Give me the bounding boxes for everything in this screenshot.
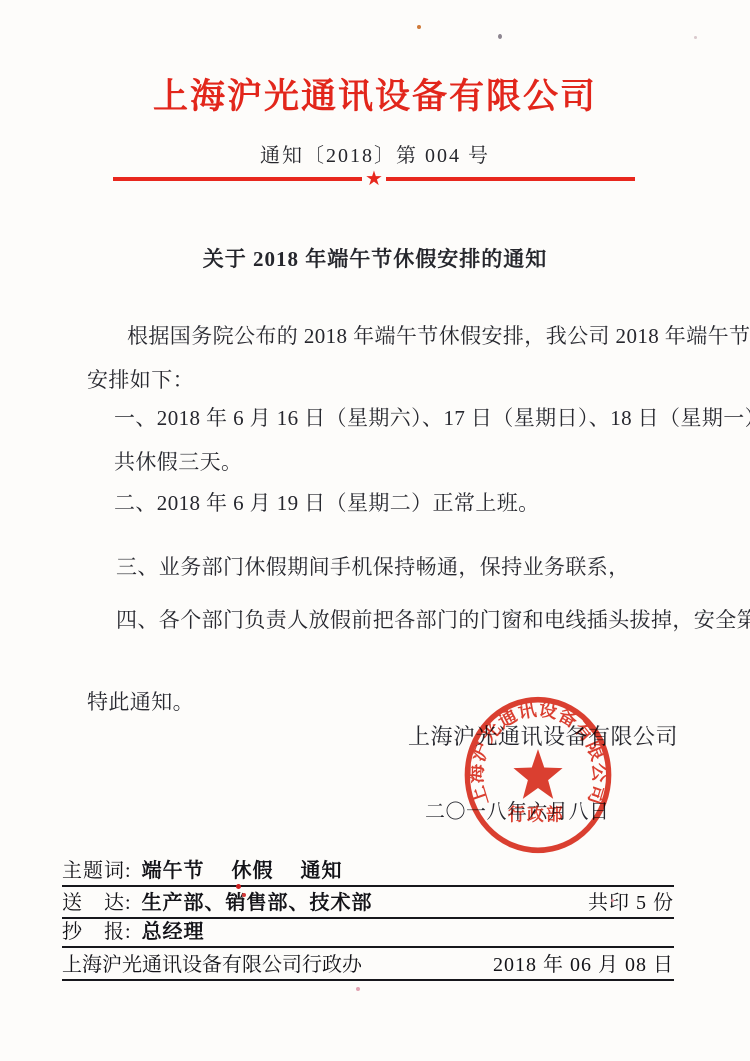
footer-delivery-value: 生产部、销售部、技术部 <box>142 886 373 915</box>
document-title: 关于 2018 年端午节休假安排的通知 <box>0 243 750 273</box>
footer-keywords-label: 主题词: <box>62 854 132 883</box>
footer-issuing-office: 上海沪光通讯设备有限公司行政办 <box>62 948 362 977</box>
scan-speck <box>242 893 246 897</box>
signature-date: 二〇一八年六月八日 <box>425 795 610 824</box>
footer-row-copy: 抄 报: 总经理 <box>62 921 674 948</box>
svg-text:上海沪光通讯设备有限公司: 上海沪光通讯设备有限公司 <box>465 697 610 809</box>
divider-line-left <box>113 177 362 181</box>
scan-speck <box>611 899 614 902</box>
company-letterhead-title: 上海沪光通讯设备有限公司 <box>0 69 750 119</box>
body-intro-line-1: 根据国务院公布的 2018 年端午节休假安排，我公司 2018 年端午节休假 <box>127 320 750 350</box>
scan-speck <box>236 884 241 889</box>
red-divider-rule: ★ <box>113 168 635 190</box>
body-item-2: 二、2018 年 6 月 19 日（星期二）正常上班。 <box>114 487 540 517</box>
divider-line-right <box>386 177 635 181</box>
footer-keywords-value: 端午节 休假 通知 <box>142 854 343 883</box>
scan-speck <box>694 36 697 39</box>
footer-copy-value: 总经理 <box>142 915 205 944</box>
footer-print-count: 共印 5 份 <box>588 886 674 915</box>
body-item-1-line-2: 共休假三天。 <box>114 446 242 476</box>
footer-row-issuer: 上海沪光通讯设备有限公司行政办 2018 年 06 月 08 日 <box>62 950 674 981</box>
body-closing: 特此通知。 <box>87 686 194 716</box>
footer-issue-date: 2018 年 06 月 08 日 <box>493 948 674 977</box>
body-item-4: 四、各个部门负责人放假前把各部门的门窗和电线插头拔掉，安全第一， <box>116 604 750 634</box>
footer-copy-label: 抄 报: <box>62 915 132 944</box>
notice-document-page: 上海沪光通讯设备有限公司 通知〔2018〕第 004 号 ★ 关于 2018 年… <box>0 0 750 1061</box>
star-icon: ★ <box>365 169 383 189</box>
scan-speck <box>356 987 360 991</box>
signature-company-name: 上海沪光通讯设备有限公司 <box>408 720 678 751</box>
document-number: 通知〔2018〕第 004 号 <box>0 139 750 168</box>
body-item-3: 三、业务部门休假期间手机保持畅通，保持业务联系， <box>116 551 630 581</box>
scan-speck <box>498 34 502 39</box>
seal-star-icon <box>513 749 562 799</box>
company-seal: 上海沪光通讯设备有限公司 行政部 <box>462 694 614 856</box>
scan-speck <box>417 25 421 29</box>
body-item-1-line-1: 一、2018 年 6 月 16 日（星期六）、17 日（星期日）、18 日（星期… <box>114 402 750 432</box>
footer-row-keywords: 主题词: 端午节 休假 通知 <box>62 855 674 887</box>
seal-ring-text: 上海沪光通讯设备有限公司 <box>465 697 610 809</box>
footer-delivery-label: 送 达: <box>62 886 132 915</box>
body-intro-line-2: 安排如下： <box>87 364 194 394</box>
